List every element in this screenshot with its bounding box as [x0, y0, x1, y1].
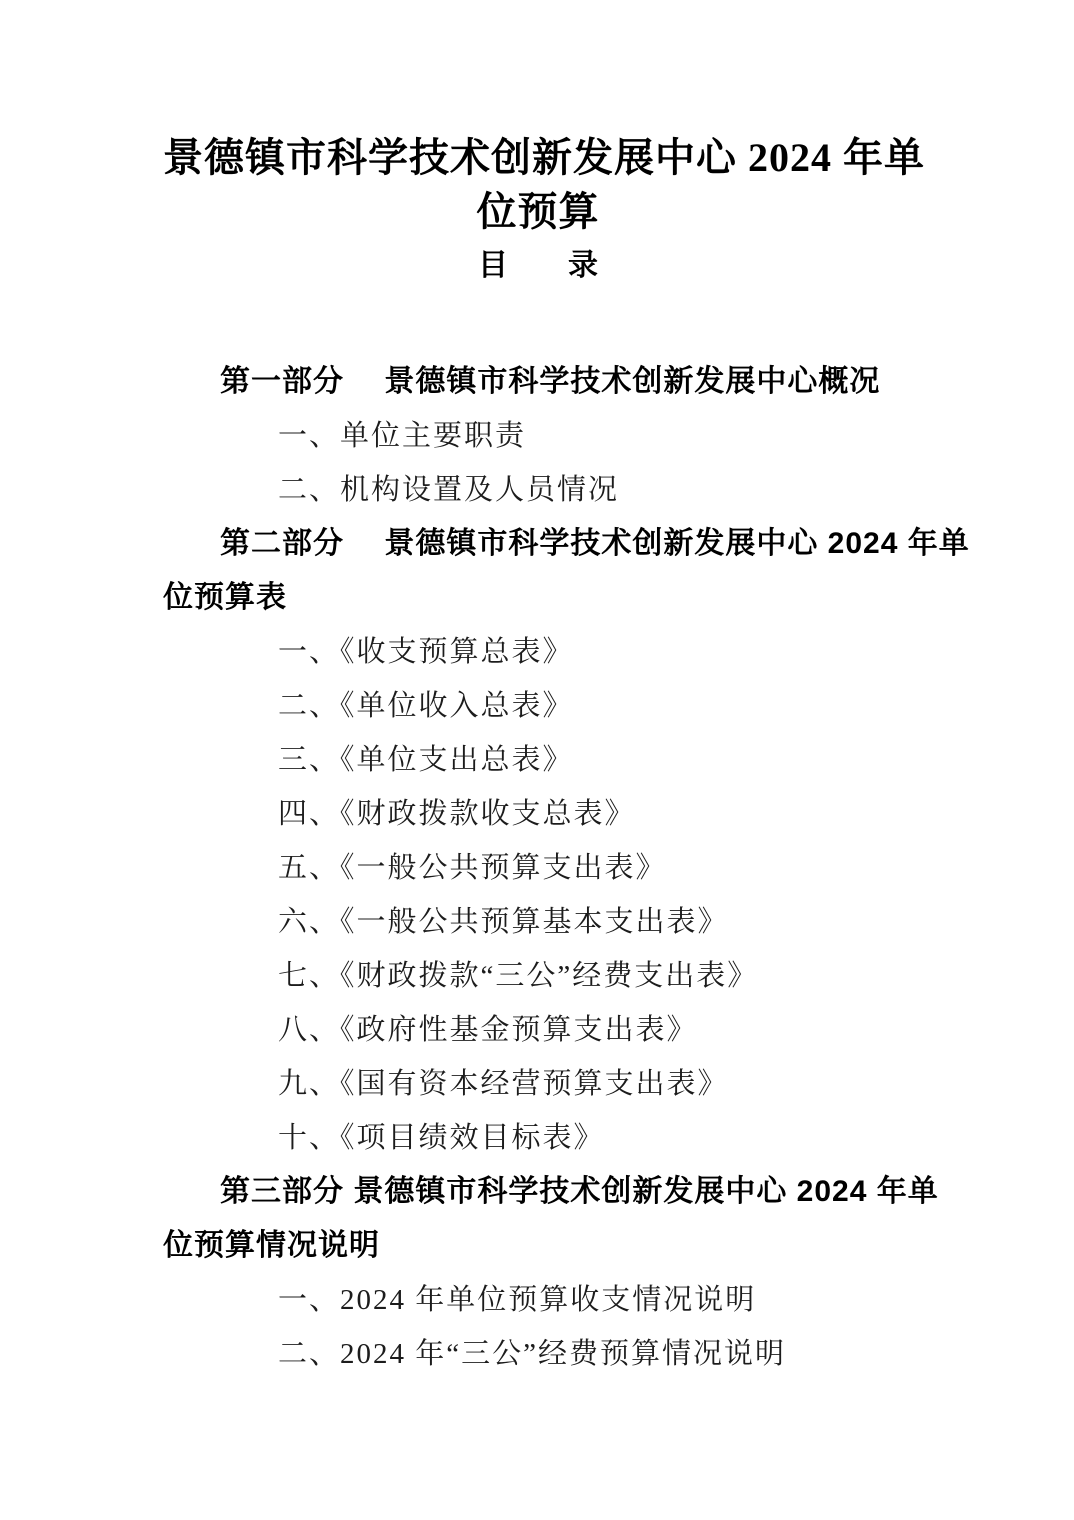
table-of-contents: 第一部分 景德镇市科学技术创新发展中心概况 一、单位主要职责 二、机构设置及人员…	[163, 355, 913, 1381]
toc-heading: 目 录	[163, 239, 913, 293]
toc-item-part1-1: 一、单位主要职责	[163, 409, 913, 463]
toc-item-part1-2: 二、机构设置及人员情况	[163, 463, 913, 517]
toc-item-part2-9: 九、《国有资本经营预算支出表》	[163, 1057, 913, 1111]
toc-item-part2-2: 二、《单位收入总表》	[163, 679, 913, 733]
document-title-line-1: 景德镇市科学技术创新发展中心 2024 年单	[163, 135, 925, 180]
section-part2-heading-line-1: 第二部分 景德镇市科学技术创新发展中心 2024 年单	[163, 517, 913, 571]
toc-item-part2-5: 五、《一般公共预算支出表》	[163, 841, 913, 895]
document-title-line-2: 位预算	[477, 189, 600, 234]
section-part3-heading-line-1: 第三部分 景德镇市科学技术创新发展中心 2024 年单	[163, 1165, 913, 1219]
section-part2-heading-line-2: 位预算表	[163, 571, 913, 625]
document-page: 景德镇市科学技术创新发展中心 2024 年单位预算 目 录 第一部分 景德镇市科…	[0, 0, 1074, 1520]
toc-item-part2-6: 六、《一般公共预算基本支出表》	[163, 895, 913, 949]
toc-item-part2-10: 十、《项目绩效目标表》	[163, 1111, 913, 1165]
toc-item-part2-4: 四、《财政拨款收支总表》	[163, 787, 913, 841]
toc-item-part2-7: 七、《财政拨款“三公”经费支出表》	[163, 949, 913, 1003]
toc-item-part3-1: 一、2024 年单位预算收支情况说明	[163, 1273, 913, 1327]
section-part3-heading-line-2: 位预算情况说明	[163, 1219, 913, 1273]
toc-item-part2-3: 三、《单位支出总表》	[163, 733, 913, 787]
section-part1-heading: 第一部分 景德镇市科学技术创新发展中心概况	[163, 355, 913, 409]
document-title: 景德镇市科学技术创新发展中心 2024 年单位预算	[163, 131, 913, 239]
toc-item-part2-8: 八、《政府性基金预算支出表》	[163, 1003, 913, 1057]
toc-item-part3-2: 二、2024 年“三公”经费预算情况说明	[163, 1327, 913, 1381]
toc-item-part2-1: 一、《收支预算总表》	[163, 625, 913, 679]
